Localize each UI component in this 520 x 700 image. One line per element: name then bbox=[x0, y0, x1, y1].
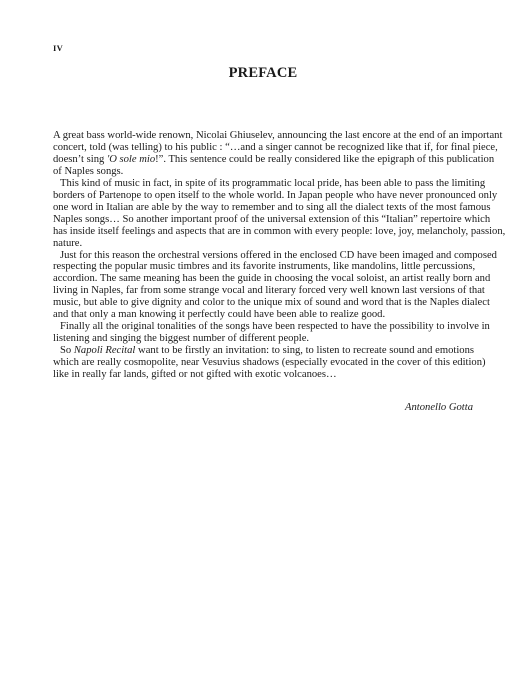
paragraph: So Napoli Recital want to be firstly an … bbox=[53, 345, 474, 381]
text-line: Just for this reason the orchestral vers… bbox=[53, 250, 474, 262]
text-line: borders of Partenope to open itself to t… bbox=[53, 190, 474, 202]
paragraph: A great bass world-wide renown, Nicolai … bbox=[53, 130, 474, 178]
paragraph: Finally all the original tonalities of t… bbox=[53, 321, 474, 345]
paragraph: This kind of music in fact, in spite of … bbox=[53, 178, 474, 250]
italic-title: 'O sole mio bbox=[107, 154, 155, 165]
author-signature: Antonello Gotta bbox=[405, 402, 473, 413]
page-number: IV bbox=[53, 43, 63, 53]
text-line: living in Naples, far from some strange … bbox=[53, 285, 474, 297]
text-line: So Napoli Recital want to be firstly an … bbox=[53, 345, 474, 357]
text-line: listening and singing the biggest number… bbox=[53, 333, 474, 345]
text-line: This kind of music in fact, in spite of … bbox=[53, 178, 474, 190]
text-line: respecting the popular music timbres and… bbox=[53, 261, 474, 273]
text-line: accordion. The same meaning has been the… bbox=[53, 273, 474, 285]
paragraph: Just for this reason the orchestral vers… bbox=[53, 250, 474, 322]
italic-title: Napoli Recital bbox=[74, 345, 136, 356]
text-line: which are really cosmopolite, near Vesuv… bbox=[53, 357, 474, 369]
page-title: PREFACE bbox=[0, 65, 520, 82]
text-line: Naples songs… So another important proof… bbox=[53, 214, 474, 226]
text-line: music, but able to give dignity and colo… bbox=[53, 297, 474, 309]
text-line: doesn’t sing 'O sole mio!”. This sentenc… bbox=[53, 154, 474, 166]
text-line: Finally all the original tonalities of t… bbox=[53, 321, 474, 333]
text-line: nature. bbox=[53, 238, 474, 250]
text-line: concert, told (was telling) to his publi… bbox=[53, 142, 474, 154]
text-line: and that only a man knowing it perfectly… bbox=[53, 309, 474, 321]
text-line: A great bass world-wide renown, Nicolai … bbox=[53, 130, 474, 142]
text-line: of Naples songs. bbox=[53, 166, 474, 178]
text-line: has inside itself feelings and aspects t… bbox=[53, 226, 474, 238]
preface-body: A great bass world-wide renown, Nicolai … bbox=[53, 130, 474, 381]
text-line: one word in Italian are able by the way … bbox=[53, 202, 474, 214]
text-line: like in really far lands, gifted or not … bbox=[53, 369, 474, 381]
